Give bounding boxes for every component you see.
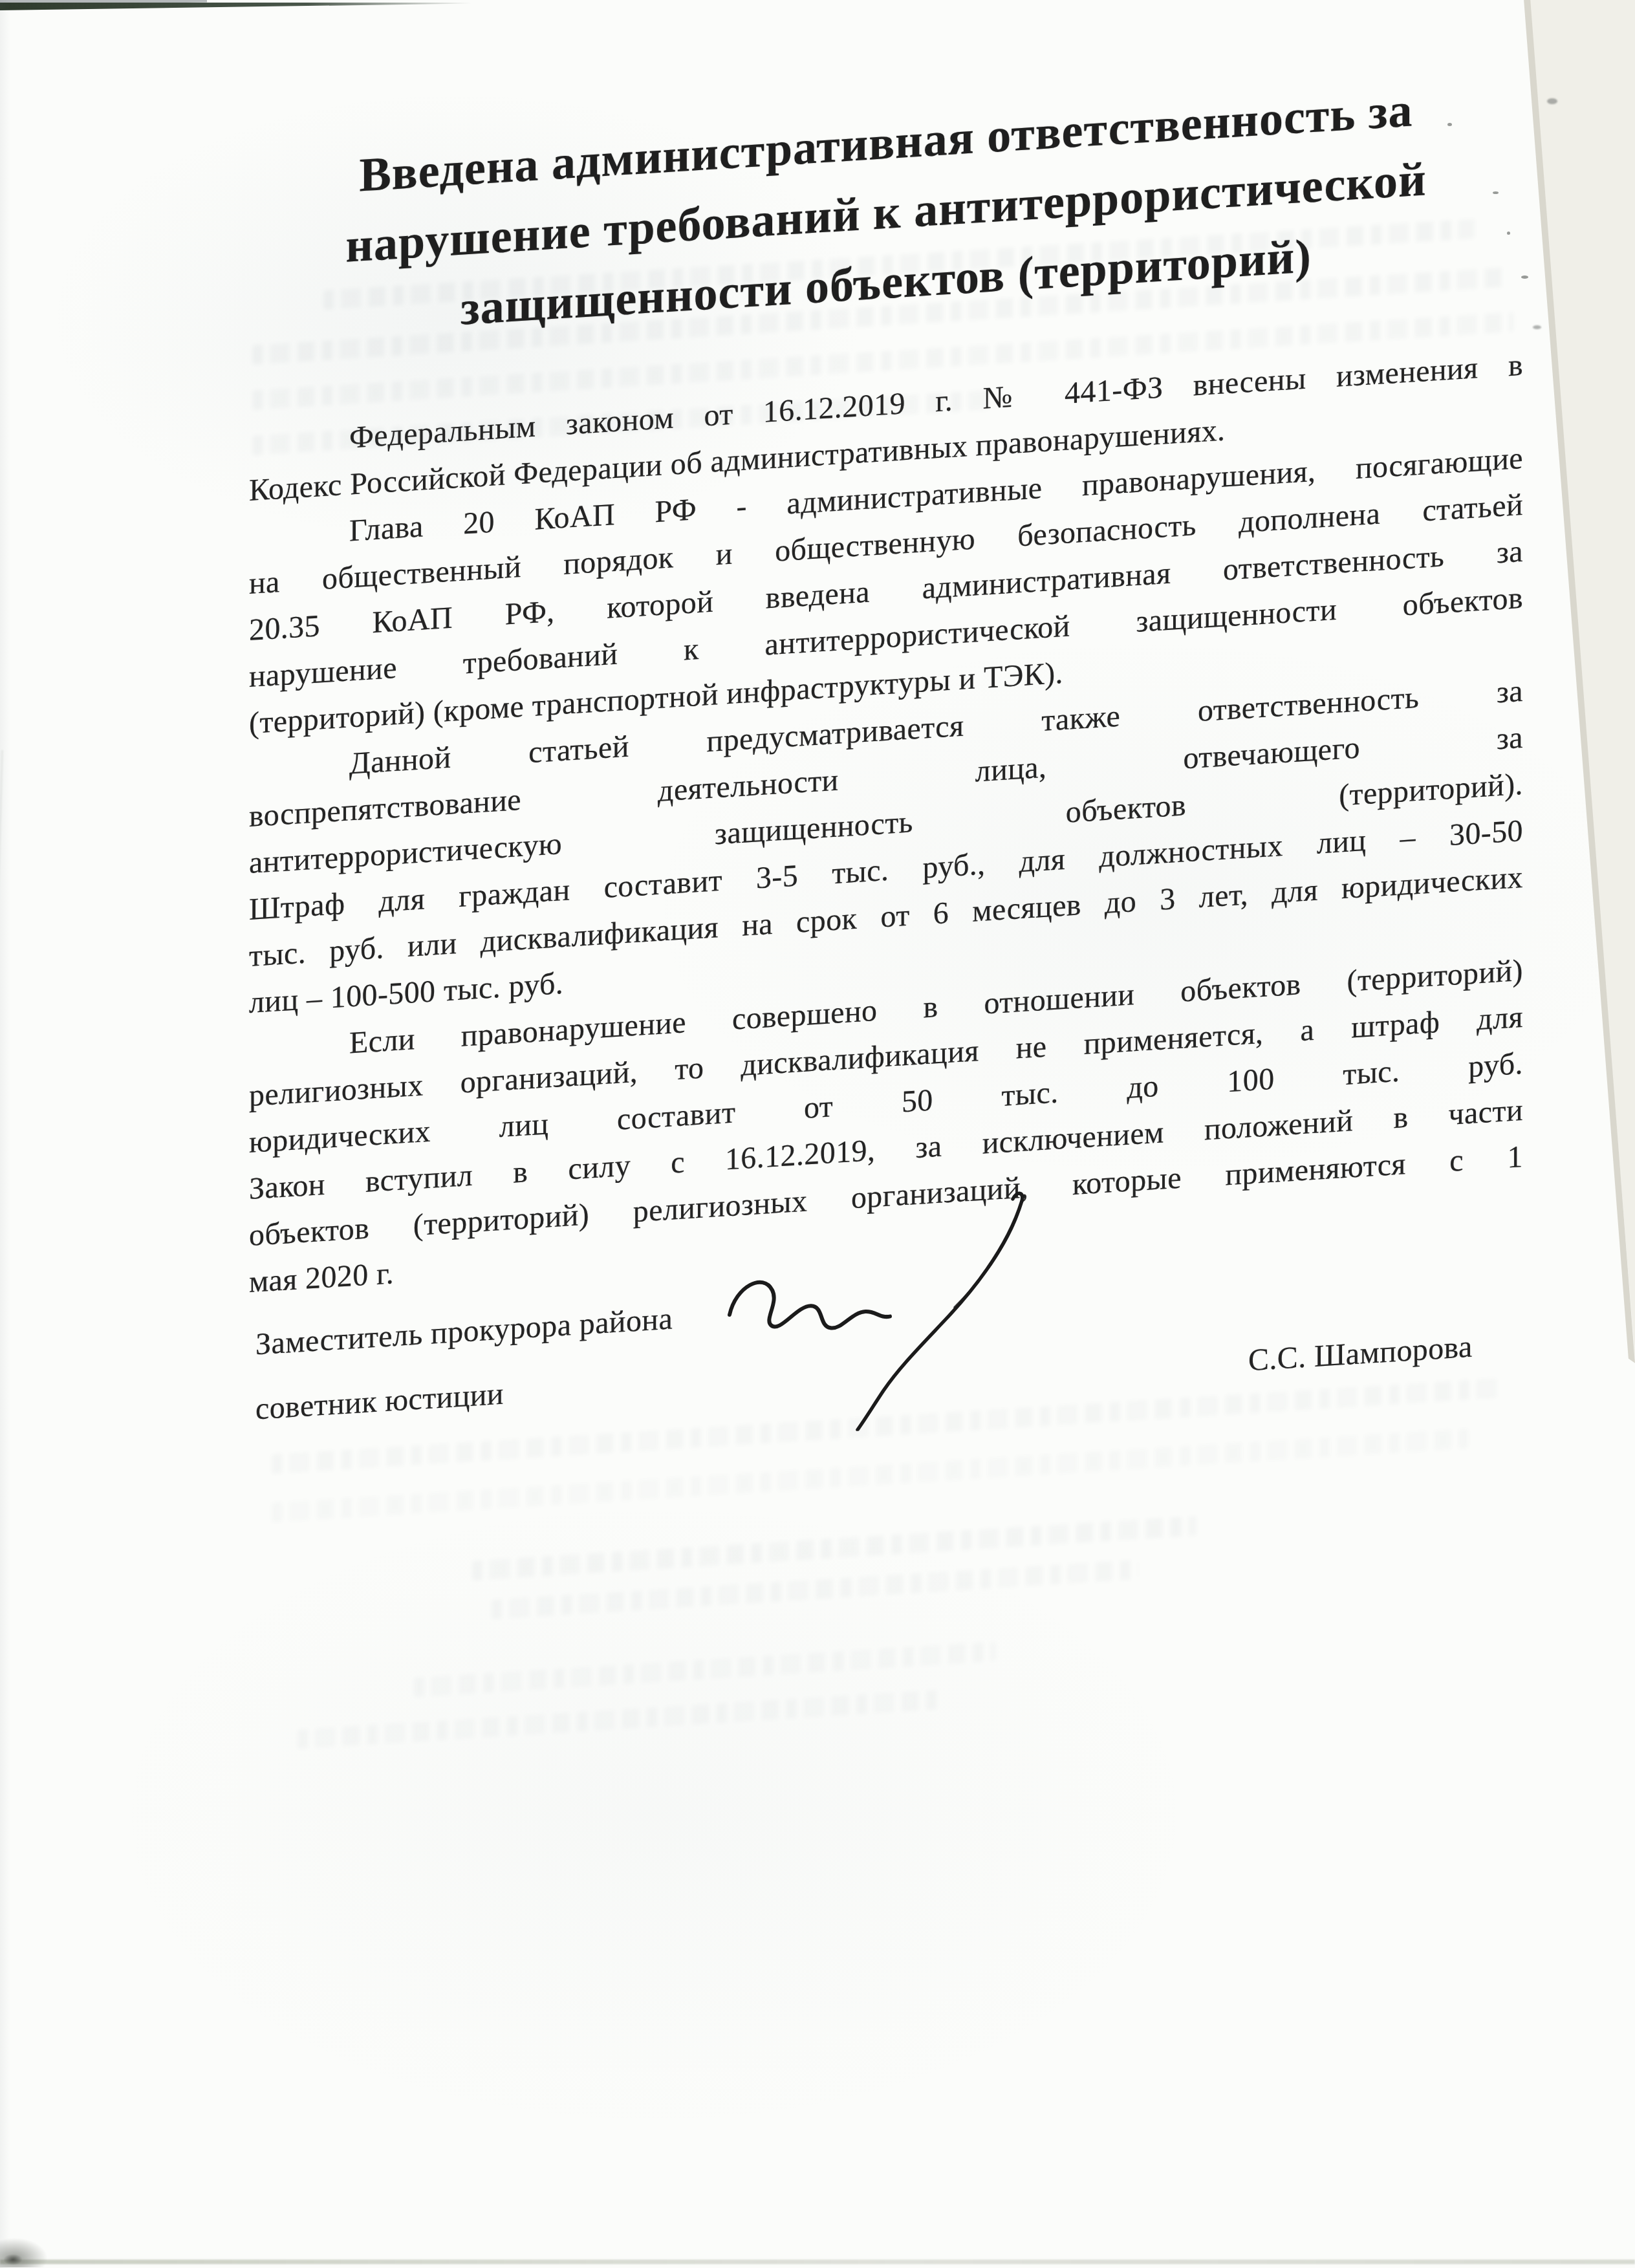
document-body: Федеральным законом от 16.12.2019 г. № 4…: [249, 342, 1523, 1306]
scanner-edge-bottom: [0, 2260, 1635, 2264]
document-title: Введена административная ответственность…: [249, 69, 1523, 357]
document-content-layer: Введена административная ответственность…: [0, 0, 1635, 2268]
bleedthrough-line: [298, 1689, 944, 1749]
scanned-document-page: Введена административная ответственность…: [0, 0, 1635, 2268]
bleedthrough-line: [414, 1641, 996, 1697]
signer-name: С.С. Шампорова: [1248, 1319, 1610, 1381]
handwritten-signature-flourish: [711, 1186, 1048, 1440]
